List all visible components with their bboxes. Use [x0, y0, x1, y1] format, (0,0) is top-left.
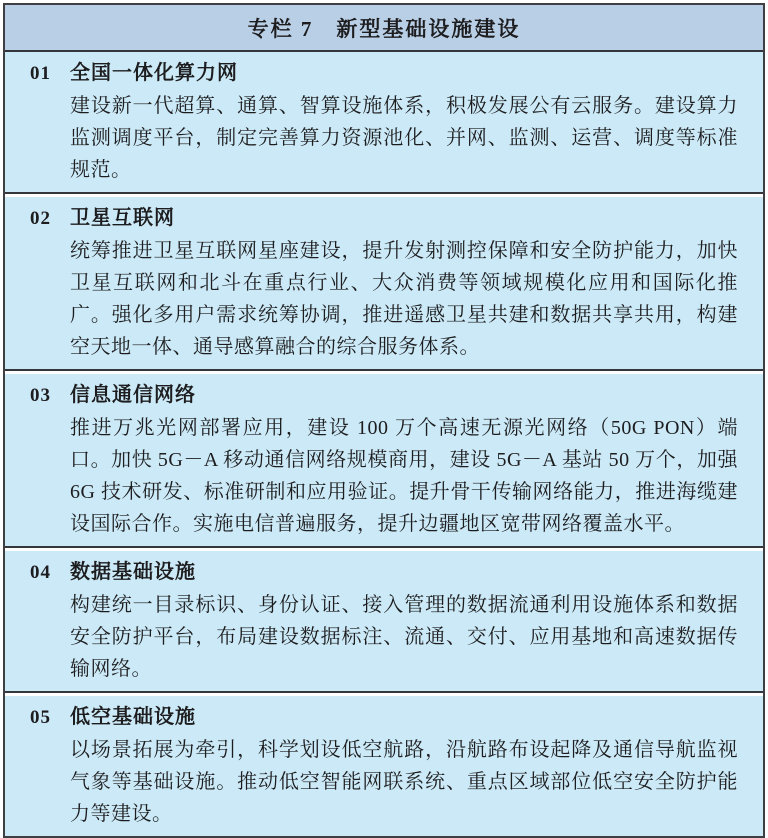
section-data-infrastructure: 04 数据基础设施 构建统一目录标识、身份认证、接入管理的数据流通利用设施体系和… [5, 551, 763, 693]
section-heading: 01 全国一体化算力网 [30, 57, 738, 90]
section-body: 建设新一代超算、通算、智算设施体系，积极发展公有云服务。建设算力监测调度平台，制… [70, 90, 738, 186]
section-heading: 02 卫星互联网 [30, 202, 738, 235]
section-number: 05 [30, 702, 70, 734]
infrastructure-panel: 专栏 7 新型基础设施建设 01 全国一体化算力网 建设新一代超算、通算、智算设… [3, 3, 765, 838]
section-title: 全国一体化算力网 [70, 57, 238, 89]
section-low-altitude-infrastructure: 05 低空基础设施 以场景拓展为牵引，科学划设低空航路，沿航路布设起降及通信导航… [5, 696, 763, 836]
panel-header: 专栏 7 新型基础设施建设 [5, 5, 763, 52]
panel-title: 专栏 7 新型基础设施建设 [248, 17, 521, 41]
section-number: 02 [30, 203, 70, 235]
section-body: 构建统一目录标识、身份认证、接入管理的数据流通利用设施体系和数据安全防护平台，布… [70, 589, 738, 685]
section-satellite-internet: 02 卫星互联网 统筹推进卫星互联网星座建设，提升发射测控保障和安全防护能力，加… [5, 197, 763, 371]
section-title: 卫星互联网 [70, 202, 175, 234]
section-number: 03 [30, 380, 70, 412]
section-info-communication-network: 03 信息通信网络 推进万兆光网部署应用，建设 100 万个高速无源光网络（50… [5, 374, 763, 548]
section-heading: 03 信息通信网络 [30, 379, 738, 412]
section-body: 统筹推进卫星互联网星座建设，提升发射测控保障和安全防护能力，加快卫星互联网和北斗… [70, 235, 738, 363]
section-body: 推进万兆光网部署应用，建设 100 万个高速无源光网络（50G PON）端口。加… [70, 412, 738, 540]
section-title: 数据基础设施 [70, 556, 196, 588]
section-computing-network: 01 全国一体化算力网 建设新一代超算、通算、智算设施体系，积极发展公有云服务。… [5, 52, 763, 194]
section-number: 01 [30, 58, 70, 90]
section-body: 以场景拓展为牵引，科学划设低空航路，沿航路布设起降及通信导航监视气象等基础设施。… [70, 734, 738, 830]
section-heading: 05 低空基础设施 [30, 701, 738, 734]
section-title: 信息通信网络 [70, 379, 196, 411]
section-title: 低空基础设施 [70, 701, 196, 733]
section-number: 04 [30, 557, 70, 589]
section-heading: 04 数据基础设施 [30, 556, 738, 589]
